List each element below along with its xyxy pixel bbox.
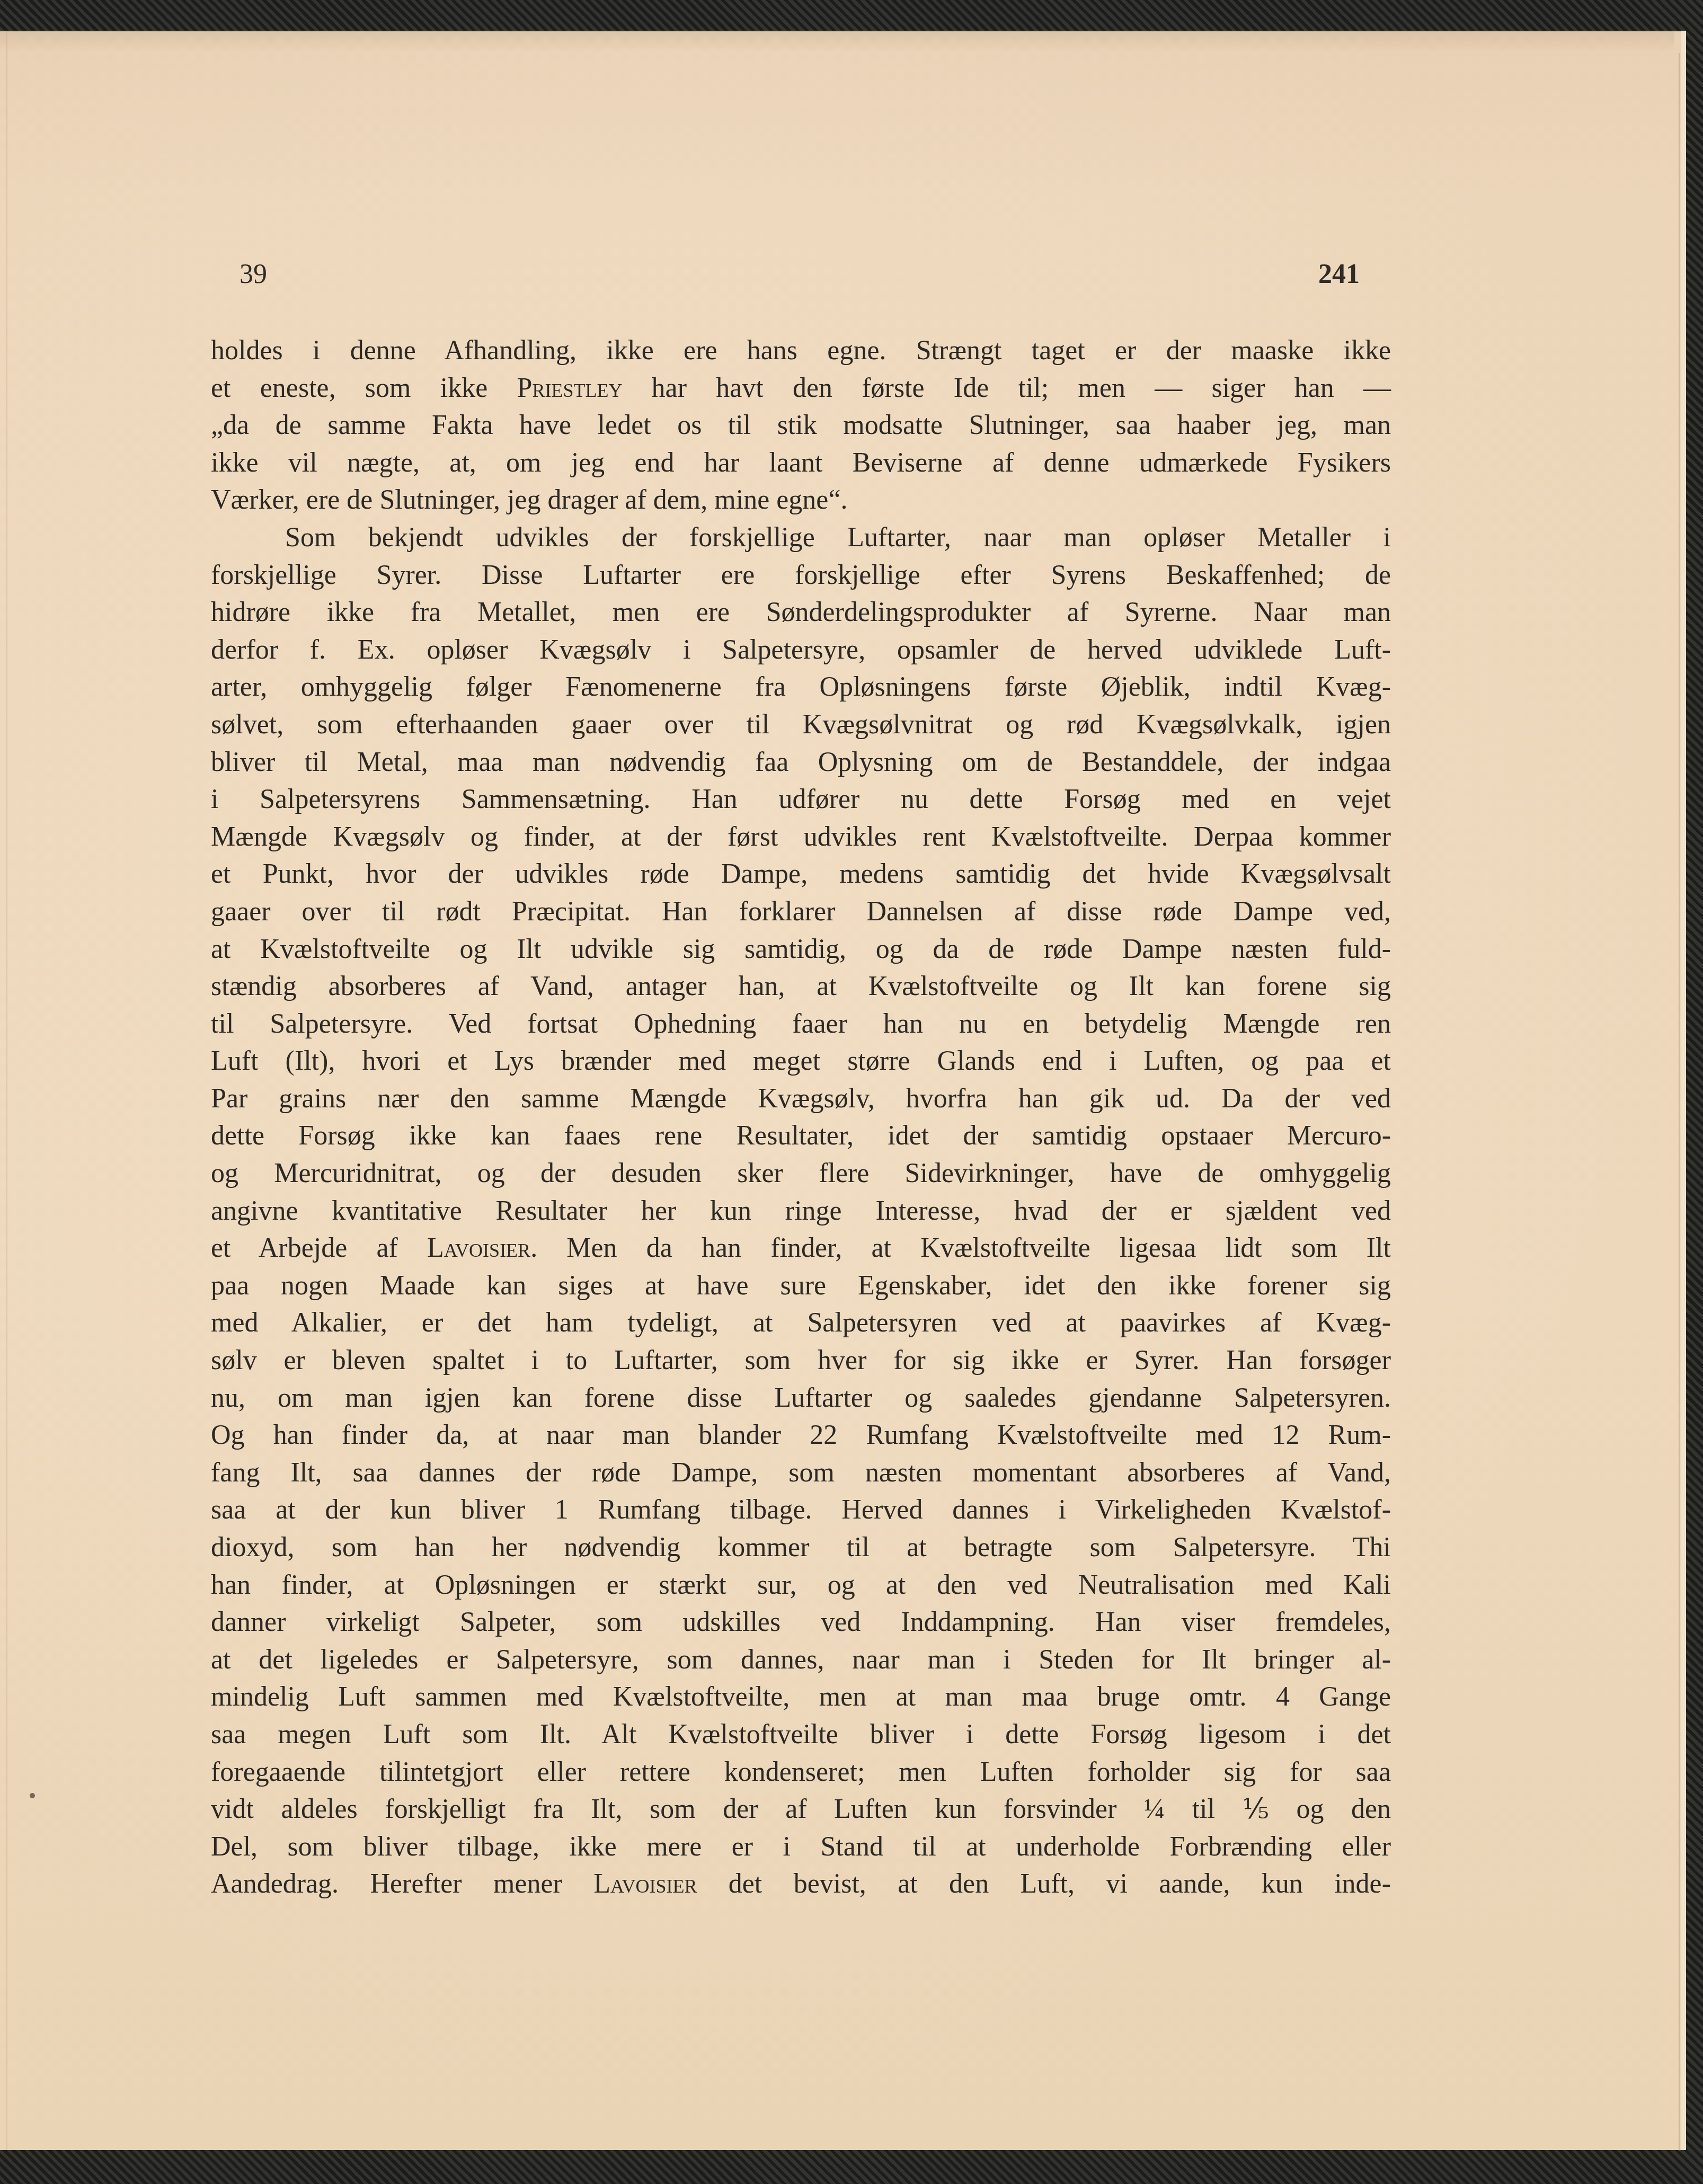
paper-speck: [30, 1793, 35, 1798]
text-line: derfor f. Ex. opløser Kvægsølv i Salpete…: [211, 632, 1391, 669]
text-line: mindelig Luft sammen med Kvælstoftveilte…: [211, 1679, 1391, 1716]
text-line: bliver til Metal, maa man nødvendig faa …: [211, 744, 1391, 782]
paper-gutter-line: [6, 31, 7, 2150]
paragraph-1: holdes i denne Afhandling, ikke ere hans…: [211, 332, 1391, 519]
text-line: gaaer over til rødt Præcipitat. Han fork…: [211, 893, 1391, 931]
text-line: et eneste, som ikke Priestley har havt d…: [211, 370, 1391, 407]
text-line: at Kvælstoftveilte og Ilt udvikle sig sa…: [211, 931, 1391, 969]
author-name: Lavoisier: [593, 1869, 697, 1899]
author-name: Priestley: [517, 373, 623, 403]
text-line: dette Forsøg ikke kan faaes rene Resulta…: [211, 1117, 1391, 1155]
text-line: et Arbejde af Lavoisier. Men da han find…: [211, 1230, 1391, 1267]
text-line: angivne kvantitative Resultater her kun …: [211, 1193, 1391, 1230]
text-line: i Salpetersyrens Sammensætning. Han udfø…: [211, 781, 1391, 819]
page-number-right: 241: [1318, 259, 1360, 290]
text-line: Og han finder da, at naar man blander 22…: [211, 1417, 1391, 1454]
text-line: Mængde Kvægsølv og finder, at der først …: [211, 819, 1391, 856]
paper-top-shadow: [0, 31, 1674, 52]
text-line: til Salpetersyre. Ved fortsat Ophedning …: [211, 1006, 1391, 1043]
text-line: sølv er bleven spaltet i to Luftarter, s…: [211, 1342, 1391, 1380]
text-line: Aandedrag. Herefter mener Lavoisier det …: [211, 1866, 1391, 1903]
text-line: Par grains nær den samme Mængde Kvægsølv…: [211, 1080, 1391, 1118]
text-line: foregaaende tilintetgjort eller rettere …: [211, 1754, 1391, 1791]
paragraph-2: Som bekjendt udvikles der forskjellige L…: [211, 519, 1391, 1903]
text-line: vidt aldeles forskjelligt fra Ilt, som d…: [211, 1791, 1391, 1828]
text-line: dioxyd, som han her nødvendig kommer til…: [211, 1529, 1391, 1567]
text-line: fang Ilt, saa dannes der røde Dampe, som…: [211, 1454, 1391, 1492]
text-line: at det ligeledes er Salpetersyre, som da…: [211, 1641, 1391, 1679]
text-line: med Alkalier, er det ham tydeligt, at Sa…: [211, 1304, 1391, 1342]
author-name: Lavoisier: [427, 1233, 530, 1263]
text-line: han finder, at Opløsningen er stærkt sur…: [211, 1567, 1391, 1604]
text-line: saa at der kun bliver 1 Rumfang tilbage.…: [211, 1491, 1391, 1529]
text-line: paa nogen Maade kan siges at have sure E…: [211, 1267, 1391, 1305]
text-line: danner virkeligt Salpeter, som udskilles…: [211, 1604, 1391, 1641]
page-header: 39 241: [240, 259, 1392, 296]
text-line: et Punkt, hvor der udvikles røde Dampe, …: [211, 856, 1391, 893]
text-line: stændig absorberes af Vand, antager han,…: [211, 968, 1391, 1006]
text-line: „da de samme Fakta have ledet os til sti…: [211, 407, 1391, 445]
text-line: Som bekjendt udvikles der forskjellige L…: [211, 519, 1391, 557]
text-line: arter, omhyggelig følger Fænomenerne fra…: [211, 669, 1391, 706]
paper-right-edge-line: [1679, 53, 1680, 2151]
text-line: Luft (Ilt), hvori et Lys brænder med meg…: [211, 1043, 1391, 1080]
page-number-left: 39: [240, 259, 267, 290]
text-line: holdes i denne Afhandling, ikke ere hans…: [211, 332, 1391, 370]
text-line: ikke vil nægte, at, om jeg end har laant…: [211, 445, 1391, 482]
text-line: Værker, ere de Slutninger, jeg drager af…: [211, 482, 1391, 519]
body-text: holdes i denne Afhandling, ikke ere hans…: [211, 332, 1391, 1903]
text-line: Del, som bliver tilbage, ikke mere er i …: [211, 1828, 1391, 1866]
text-line: forskjellige Syrer. Disse Luftarter ere …: [211, 557, 1391, 594]
text-line: saa megen Luft som Ilt. Alt Kvælstoftvei…: [211, 1716, 1391, 1754]
text-line: nu, om man igjen kan forene disse Luftar…: [211, 1380, 1391, 1417]
text-line: og Mercuridnitrat, og der desuden sker f…: [211, 1155, 1391, 1193]
text-line: sølvet, som efterhaanden gaaer over til …: [211, 706, 1391, 744]
text-line: hidrøre ikke fra Metallet, men ere Sønde…: [211, 594, 1391, 632]
